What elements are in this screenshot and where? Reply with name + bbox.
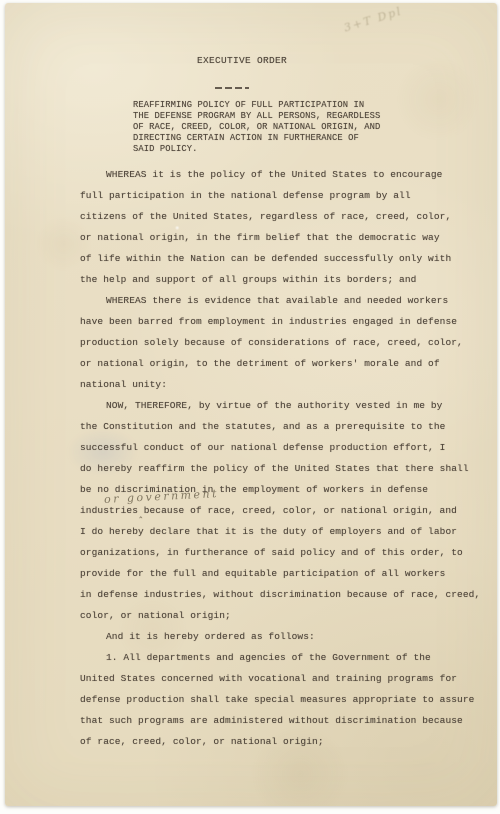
body-line: provide for the full and equitable parti… — [80, 563, 485, 584]
body-line: national unity: — [80, 374, 485, 395]
subject-line: SAID POLICY. — [133, 144, 380, 155]
insertion-text-after: because of race, creed, color, or nation… — [144, 505, 457, 516]
title-divider — [215, 87, 249, 89]
page-title: EXECUTIVE ORDER — [197, 55, 287, 66]
subject-line: THE DEFENSE PROGRAM BY ALL PERSONS, REGA… — [133, 111, 380, 122]
body-line: successful conduct of our national defen… — [80, 437, 485, 458]
body-line: defense production shall take special me… — [80, 689, 485, 710]
body-line: citizens of the United States, regardles… — [80, 206, 485, 227]
body-line: 1. All departments and agencies of the G… — [80, 647, 485, 668]
subject-block: REAFFIRMING POLICY OF FULL PARTICIPATION… — [133, 100, 380, 155]
pencil-annotation: 3+T Dpl — [342, 4, 404, 34]
body-line: United States concerned with vocational … — [80, 668, 485, 689]
body-line: of life within the Nation can be defende… — [80, 248, 485, 269]
body-paragraph: WHEREAS there is evidence that available… — [80, 290, 485, 395]
body-line: color, or national origin; — [80, 605, 485, 626]
insertion-text-before: industries — [80, 505, 138, 516]
body-line: of race, creed, color, or national origi… — [80, 731, 485, 752]
body-line-with-insertion: or governmentindustries‸because of race,… — [80, 500, 485, 521]
body-line: or national origin, in the firm belief t… — [80, 227, 485, 248]
document-scan: 3+T Dpl EXECUTIVE ORDER REAFFIRMING POLI… — [0, 0, 500, 814]
body-line: have been barred from employment in indu… — [80, 311, 485, 332]
body-line: full participation in the national defen… — [80, 185, 485, 206]
body-line: in defense industries, without discrimin… — [80, 584, 485, 605]
body-line: the Constitution and the statutes, and a… — [80, 416, 485, 437]
body-line: that such programs are administered with… — [80, 710, 485, 731]
body-line: WHEREAS there is evidence that available… — [80, 290, 485, 311]
body-paragraph: And it is hereby ordered as follows: — [80, 626, 485, 647]
body-line: production solely because of considerati… — [80, 332, 485, 353]
paper-sheet: 3+T Dpl EXECUTIVE ORDER REAFFIRMING POLI… — [5, 3, 497, 806]
body-line: I do hereby declare that it is the duty … — [80, 521, 485, 542]
document-body: WHEREAS it is the policy of the United S… — [80, 164, 485, 752]
body-line: or national origin, to the detriment of … — [80, 353, 485, 374]
body-line: NOW, THEREFORE, by virtue of the authori… — [80, 395, 485, 416]
body-line: organizations, in furtherance of said po… — [80, 542, 485, 563]
body-paragraph: NOW, THEREFORE, by virtue of the authori… — [80, 395, 485, 626]
subject-line: OF RACE, CREED, COLOR, OR NATIONAL ORIGI… — [133, 122, 380, 133]
body-paragraph: WHEREAS it is the policy of the United S… — [80, 164, 485, 290]
subject-line: REAFFIRMING POLICY OF FULL PARTICIPATION… — [133, 100, 380, 111]
body-paragraph: 1. All departments and agencies of the G… — [80, 647, 485, 752]
body-line: the help and support of all groups withi… — [80, 269, 485, 290]
body-line: do hereby reaffirm the policy of the Uni… — [80, 458, 485, 479]
body-line: WHEREAS it is the policy of the United S… — [80, 164, 485, 185]
subject-line: DIRECTING CERTAIN ACTION IN FURTHERANCE … — [133, 133, 380, 144]
body-line: And it is hereby ordered as follows: — [80, 626, 485, 647]
